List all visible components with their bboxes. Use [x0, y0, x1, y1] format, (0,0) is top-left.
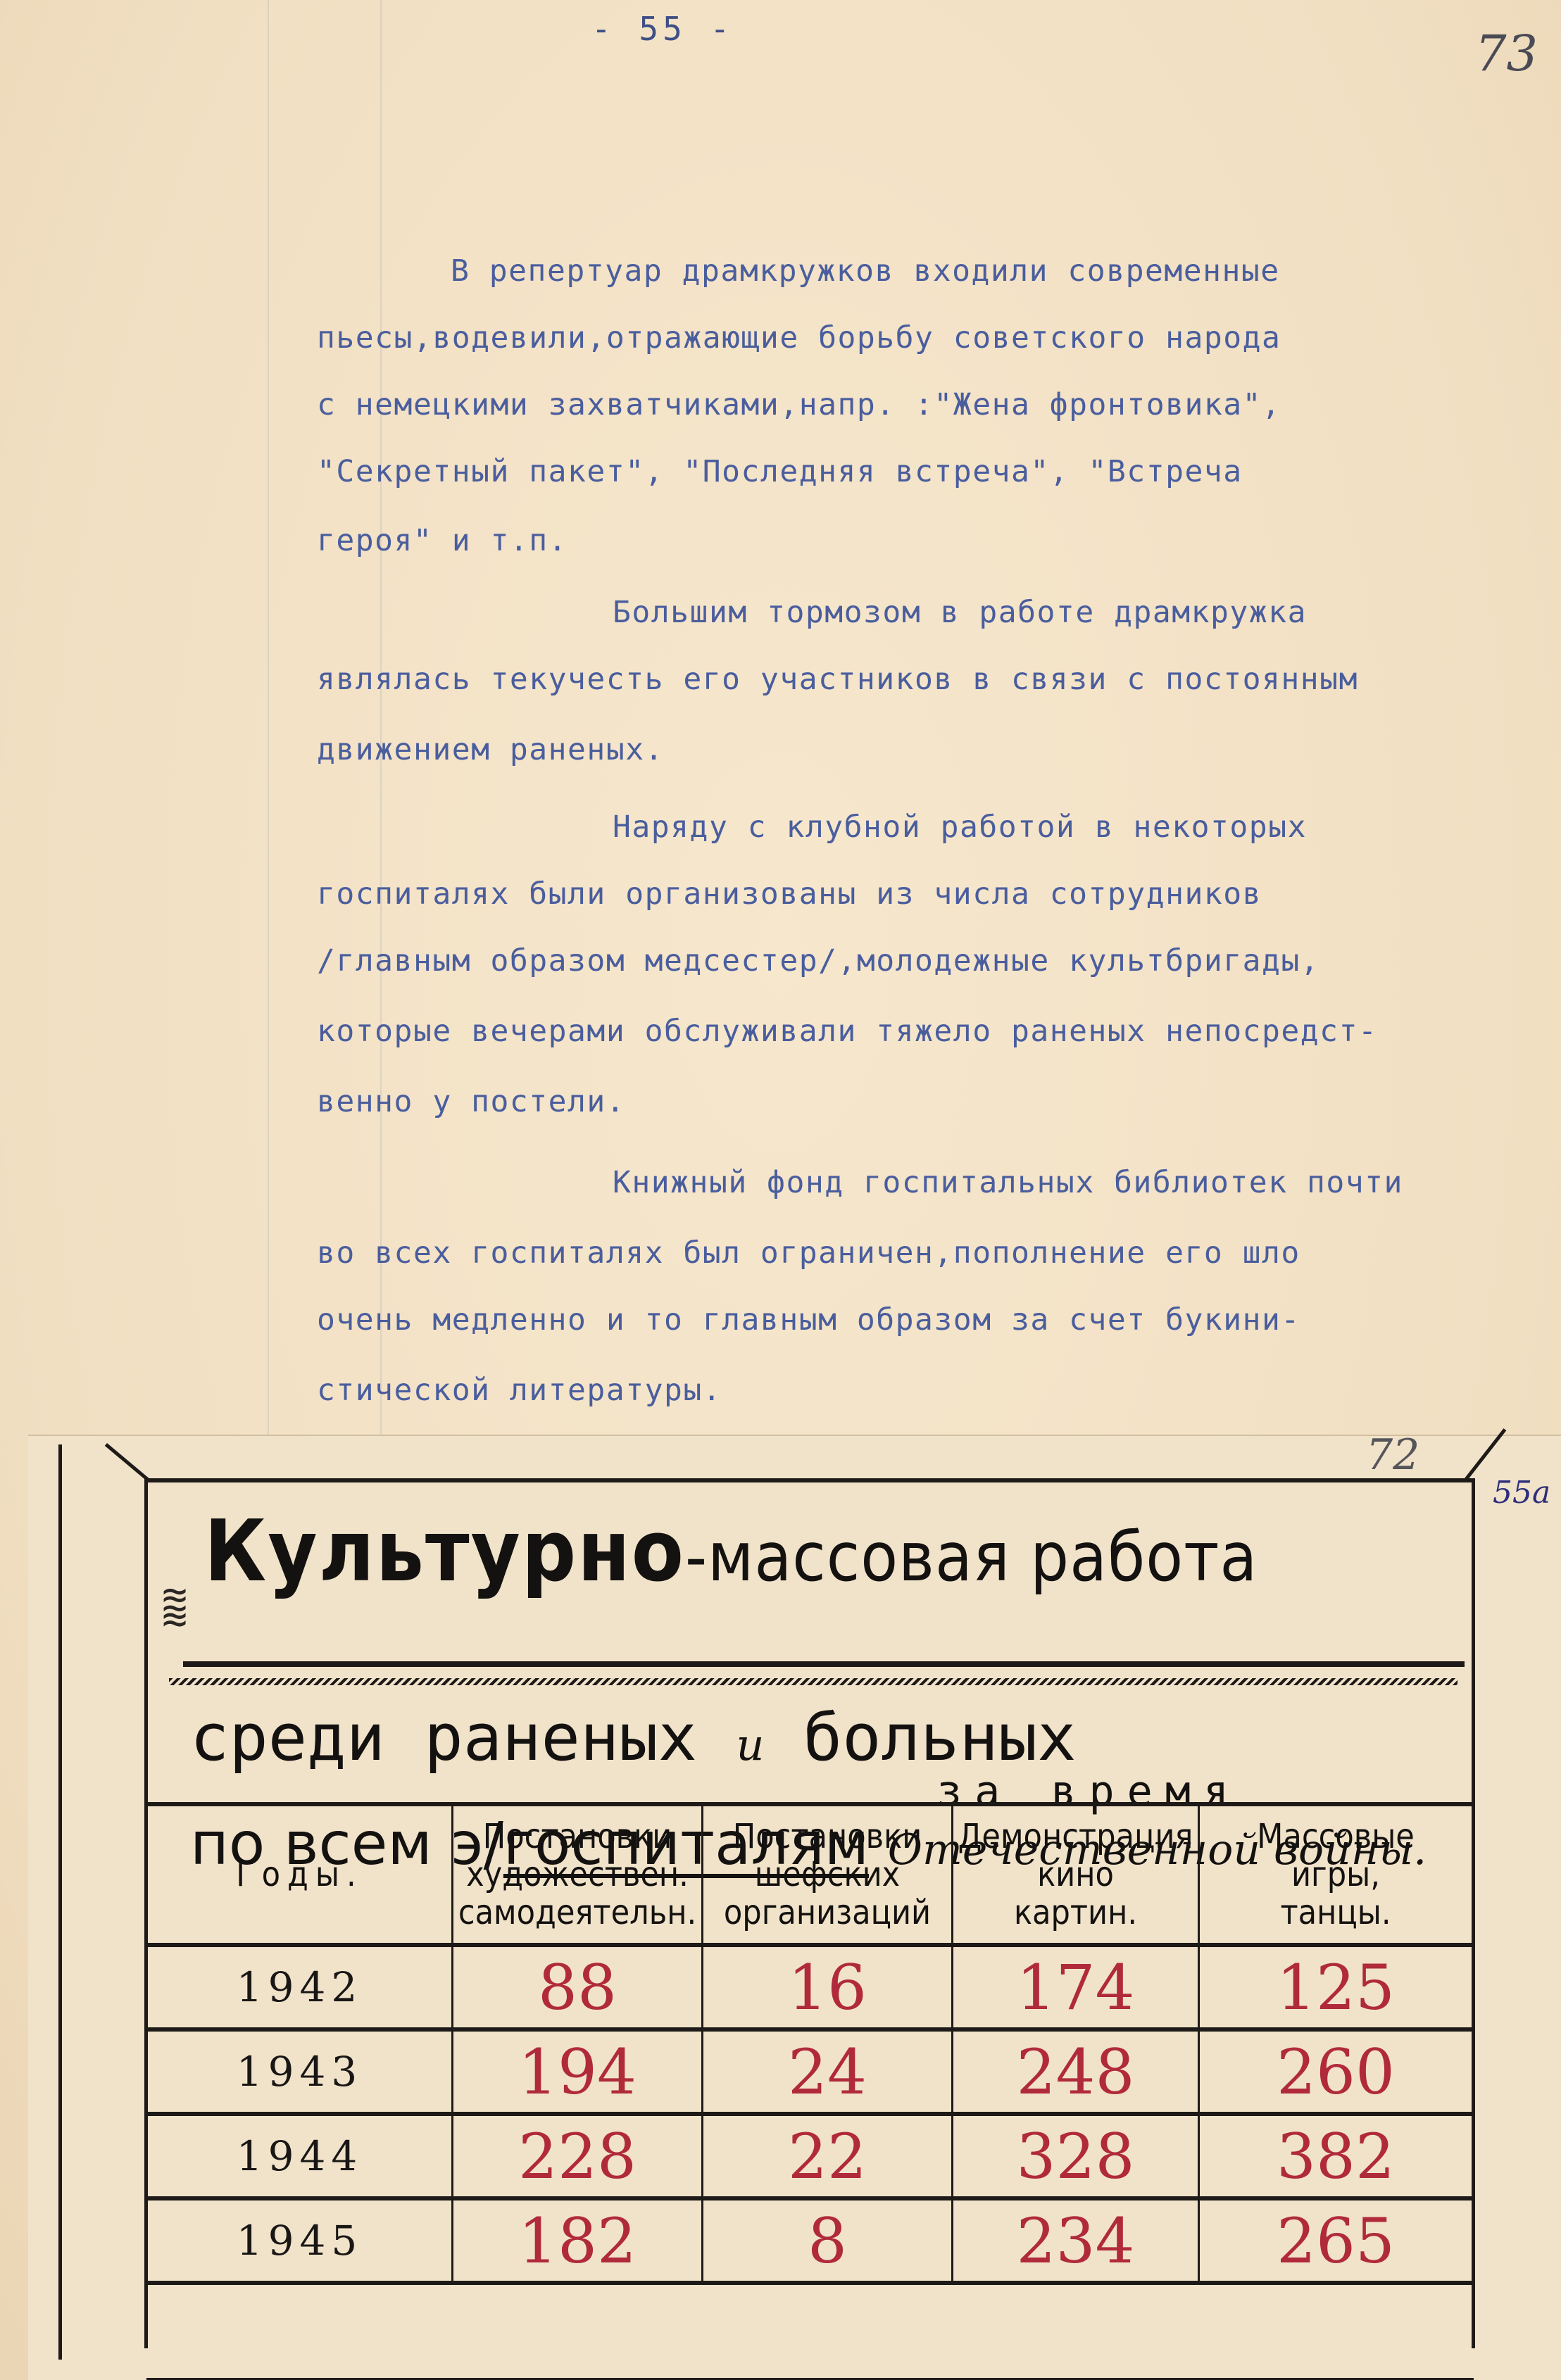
cell-year: 1942 — [146, 1945, 453, 2029]
header-film-screenings: Демонстрация кино картин. — [953, 1804, 1199, 1945]
title-part-2: -массовая работа — [685, 1518, 1258, 1597]
cell-games: 125 — [1199, 1945, 1474, 2029]
header-line: кино — [954, 1856, 1197, 1894]
wave-ornament-icon: ≈≋ — [162, 1584, 187, 1626]
cell-patron: 24 — [703, 2029, 953, 2114]
pasted-statistics-card: 72 55а ≈≋ Культурно-массовая работа сред… — [28, 1435, 1561, 2380]
text-line: во всех госпиталях был ограничен,пополне… — [317, 1235, 1300, 1271]
archive-sheet-number: 73 — [1475, 25, 1538, 82]
text-line: "Секретный пакет", "Последняя встреча", … — [317, 454, 1243, 489]
cell-patron: 8 — [703, 2198, 953, 2283]
subtitle-word: раненых — [424, 1700, 697, 1775]
cell-year: 1944 — [146, 2114, 453, 2198]
document-page: - 55 - 73 В репертуар драмкружков входил… — [0, 0, 1561, 2380]
zigzag-divider — [169, 1678, 1457, 1685]
header-amateur-performances: Постановки художествен. самодеятельн. — [453, 1804, 703, 1945]
header-line: самодеятельн. — [454, 1894, 701, 1932]
cell-films: 248 — [953, 2029, 1199, 2114]
text-line: движением раненых. — [317, 732, 664, 767]
table-row: 1944 228 22 328 382 — [146, 2114, 1474, 2198]
text-line: пьесы,водевили,отражающие борьбу советск… — [317, 320, 1281, 355]
text-line: венно у постели. — [317, 1084, 625, 1119]
card-corner-bevel — [1465, 1428, 1506, 1480]
header-line: художествен. — [454, 1856, 701, 1894]
page-number: - 55 - — [591, 10, 734, 48]
text-line: являлась текучесть его участников в связ… — [317, 662, 1358, 697]
card-corner-bevel — [105, 1443, 150, 1482]
header-line: Постановки — [704, 1818, 951, 1856]
table-row: 1943 194 24 248 260 — [146, 2029, 1474, 2114]
subtitle-word: больных — [803, 1700, 1077, 1775]
cell-amateur: 194 — [453, 2029, 703, 2114]
header-line: Постановки — [454, 1818, 701, 1856]
card-outer-border — [58, 1444, 62, 2360]
cell-year: 1943 — [146, 2029, 453, 2114]
header-line: танцы. — [1200, 1894, 1471, 1932]
table-header-row: Годы. Постановки художествен. самодеятел… — [146, 1804, 1474, 1945]
cell-films: 234 — [953, 2198, 1199, 2283]
cell-patron: 16 — [703, 1945, 953, 2029]
handwritten-page-annotation: 55а — [1493, 1475, 1550, 1511]
table-empty-row — [146, 2283, 1474, 2380]
text-line: героя" и т.п. — [317, 523, 568, 558]
text-line: стической литературы. — [317, 1373, 722, 1408]
cell-amateur: 88 — [453, 1945, 703, 2029]
cell-films: 328 — [953, 2114, 1199, 2198]
header-patron-performances: Постановки шефских организаций — [703, 1804, 953, 1945]
statistics-table: Годы. Постановки художествен. самодеятел… — [144, 1802, 1475, 2380]
header-line: игры, — [1200, 1856, 1471, 1894]
cell-films: 174 — [953, 1945, 1199, 2029]
header-years: Годы. — [146, 1804, 453, 1945]
header-line: шефских — [704, 1856, 951, 1894]
margin-guide-line — [268, 0, 269, 1436]
text-line: госпиталях были организованы из числа со… — [317, 876, 1262, 912]
text-line: очень медленно и то главным образом за с… — [317, 1302, 1300, 1337]
header-line: организаций — [704, 1894, 951, 1932]
empty-cell — [146, 2283, 1474, 2380]
cell-year: 1945 — [146, 2198, 453, 2283]
text-line: Наряду с клубной работой в некоторых — [613, 810, 1307, 845]
subtitle-line-1: среди раненых и больных — [190, 1700, 1077, 1775]
title-part-1: Культурно — [204, 1503, 685, 1601]
cell-amateur: 228 — [453, 2114, 703, 2198]
header-line: картин. — [954, 1894, 1197, 1932]
text-line: которые вечерами обслуживали тяжело ране… — [317, 1014, 1377, 1049]
cell-games: 260 — [1199, 2029, 1474, 2114]
subtitle-word: среди — [190, 1700, 385, 1775]
cell-patron: 22 — [703, 2114, 953, 2198]
subtitle-word: и — [736, 1719, 764, 1770]
table-row: 1942 88 16 174 125 — [146, 1945, 1474, 2029]
text-line: с немецкими захватчиками,напр. :"Жена фр… — [317, 387, 1281, 422]
text-line: В репертуар драмкружков входили современ… — [451, 253, 1280, 289]
handwritten-sheet-number: 72 — [1366, 1430, 1419, 1480]
text-line: /главным образом медсестер/,молодежные к… — [317, 943, 1319, 978]
card-title: Культурно-массовая работа — [204, 1503, 1258, 1601]
cell-games: 382 — [1199, 2114, 1474, 2198]
title-underline — [183, 1661, 1465, 1667]
header-mass-games-dances: Массовые игры, танцы. — [1199, 1804, 1474, 1945]
text-line: Большим тормозом в работе драмкружка — [613, 595, 1307, 630]
text-line: Книжный фонд госпитальных библиотек почт… — [613, 1165, 1403, 1200]
cell-games: 265 — [1199, 2198, 1474, 2283]
header-line: Массовые — [1200, 1818, 1471, 1856]
cell-amateur: 182 — [453, 2198, 703, 2283]
table-row: 1945 182 8 234 265 — [146, 2198, 1474, 2283]
margin-guide-line — [380, 0, 382, 1436]
header-line: Демонстрация — [954, 1818, 1197, 1856]
